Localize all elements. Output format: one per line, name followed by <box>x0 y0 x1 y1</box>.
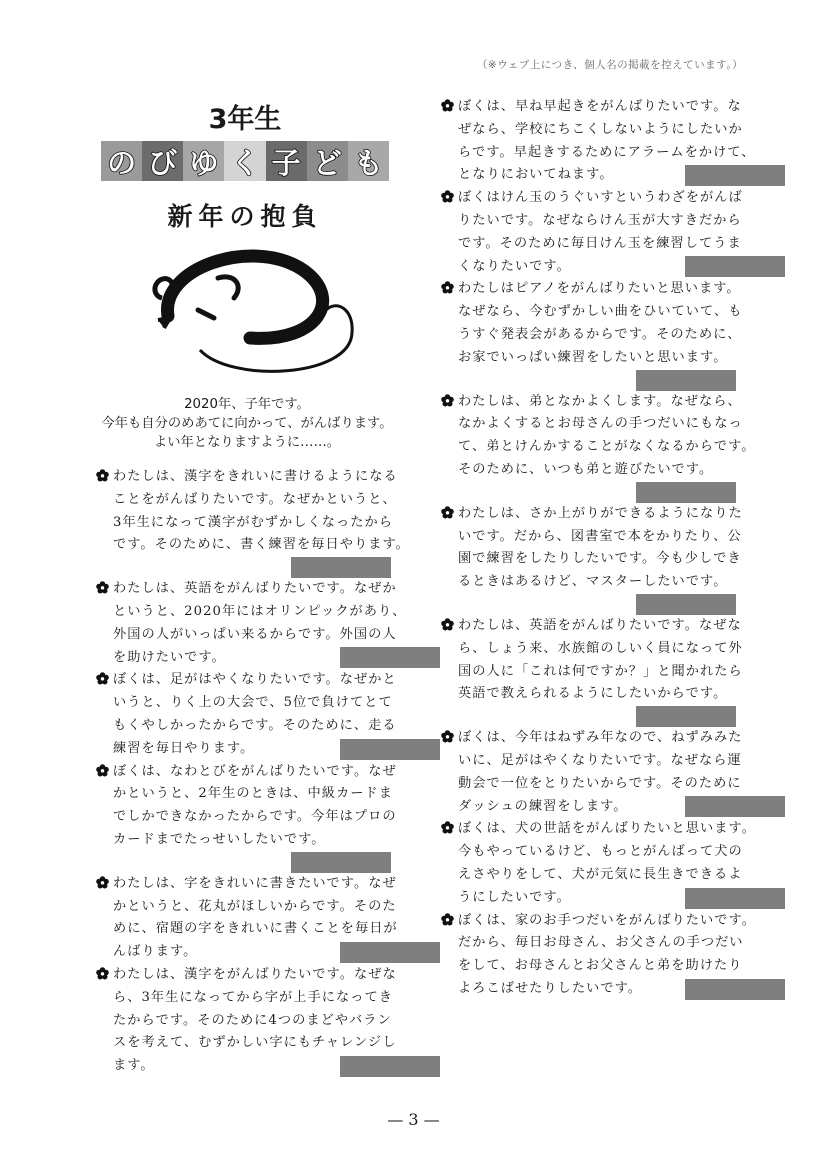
name-redaction <box>340 1056 440 1077</box>
flower-icon <box>441 506 454 519</box>
flower-icon <box>441 913 454 926</box>
subtitle: 新年の抱負 <box>100 197 390 233</box>
goal-entry: わたしは、英語をがんばりたいです。なぜか というと、2020年にはオリンピックが… <box>96 578 418 669</box>
name-redaction <box>636 482 736 503</box>
flower-icon <box>441 190 454 203</box>
flower-icon <box>96 764 109 777</box>
name-redaction <box>636 370 736 391</box>
flower-icon <box>441 394 454 407</box>
banner-char: 子 <box>266 141 307 181</box>
goal-entry: ぼくは、犬の世話をがんばりたいと思います。 今もやっているけど、もっとがんばって… <box>441 818 763 909</box>
goal-entry: ぼくは、家のお手つだいをがんばりたいです。 だから、毎日お母さん、お父さんの手つ… <box>441 910 763 1001</box>
flower-icon <box>441 281 454 294</box>
goal-entry: ぼくはけん玉のうぐいすというわざをがんば りたいです。なぜならけん玉が大すきだか… <box>441 187 763 278</box>
grade-heading: 3年生 <box>100 97 390 136</box>
goal-text: わたしは、漢字をきれいに書けるようになる ことをがんばりたいです。なぜかというと… <box>96 466 418 557</box>
goal-entry: わたしは、漢字をがんばりたいです。なぜな ら、3年生になってから字が上手になって… <box>96 964 418 1078</box>
name-redaction <box>685 256 785 277</box>
banner-char: ど <box>307 141 348 181</box>
goal-entry: わたしは、英語をがんばりたいです。なぜな ら、しょう来、水族館のしいく員になって… <box>441 615 763 727</box>
flower-icon <box>96 876 109 889</box>
greeting: 2020年、子年です。 今年も自分のめあてに向かって、がんばります。 よい年とな… <box>92 395 402 452</box>
flower-icon <box>96 469 109 482</box>
goal-entry: わたしは、字をきれいに書きたいです。なぜ かというと、花丸がほしいからです。その… <box>96 873 418 964</box>
name-redaction <box>340 647 440 668</box>
name-redaction <box>685 979 785 1000</box>
goal-entry: ぼくは、早ね早起きをがんばりたいです。な ぜなら、学校にちこくしないようにしたい… <box>441 96 763 187</box>
flower-icon <box>96 581 109 594</box>
goal-entry: ぼくは、なわとびをがんばりたいです。なぜ かというと、2年生のときは、中級カード… <box>96 761 418 873</box>
name-redaction <box>636 706 736 727</box>
flower-icon <box>441 618 454 631</box>
banner-char: の <box>101 141 142 181</box>
goal-entry: わたしは、漢字をきれいに書けるようになる ことをがんばりたいです。なぜかというと… <box>96 466 418 578</box>
left-column: わたしは、漢字をきれいに書けるようになる ことをがんばりたいです。なぜかというと… <box>96 466 418 1078</box>
name-redaction <box>685 165 785 186</box>
privacy-note: （※ウェブ上につき、個人名の掲載を控えています。） <box>430 57 790 72</box>
name-redaction <box>685 796 785 817</box>
flower-icon <box>441 730 454 743</box>
goal-text: わたしは、弟となかよくします。なぜなら、 なかよくするとお母さんの手つだいにもな… <box>441 391 763 482</box>
title-banner: の び ゆ く 子 ど も <box>101 141 389 181</box>
goal-entry: ぼくは、今年はねずみ年なので、ねずみみた いに、足がはやくなりたいです。なぜなら… <box>441 727 763 818</box>
name-redaction <box>685 888 785 909</box>
name-redaction <box>340 942 440 963</box>
goal-text: わたしはピアノをがんばりたいと思います。 なぜなら、今むずかしい曲をひいていて、… <box>441 278 763 369</box>
goal-entry: わたしは、さか上がりができるようになりた いです。だから、図書室で本をかりたり、… <box>441 503 763 615</box>
name-redaction <box>291 852 391 873</box>
greeting-line: 2020年、子年です。 <box>92 395 402 414</box>
goal-text: わたしは、英語をがんばりたいです。なぜな ら、しょう来、水族館のしいく員になって… <box>441 615 763 706</box>
name-redaction <box>291 557 391 578</box>
flower-icon <box>96 967 109 980</box>
banner-char: も <box>348 141 389 181</box>
banner-char: く <box>224 141 265 181</box>
goal-entry: ぼくは、足がはやくなりたいです。なぜかと いうと、りく上の大会で、5位で負けてと… <box>96 669 418 760</box>
greeting-line: 今年も自分のめあてに向かって、がんばります。 <box>92 414 402 433</box>
greeting-line: よい年となりますように……。 <box>92 433 402 452</box>
mouse-illustration-icon <box>140 238 360 383</box>
right-column: ぼくは、早ね早起きをがんばりたいです。な ぜなら、学校にちこくしないようにしたい… <box>441 96 763 1001</box>
flower-icon <box>441 821 454 834</box>
goal-entry: わたしは、弟となかよくします。なぜなら、 なかよくするとお母さんの手つだいにもな… <box>441 391 763 503</box>
name-redaction <box>636 594 736 615</box>
goal-entry: わたしはピアノをがんばりたいと思います。 なぜなら、今むずかしい曲をひいていて、… <box>441 278 763 390</box>
goal-text: わたしは、さか上がりができるようになりた いです。だから、図書室で本をかりたり、… <box>441 503 763 594</box>
flower-icon <box>441 99 454 112</box>
banner-char: び <box>142 141 183 181</box>
flower-icon <box>96 672 109 685</box>
banner-char: ゆ <box>183 141 224 181</box>
goal-text: ぼくは、なわとびをがんばりたいです。なぜ かというと、2年生のときは、中級カード… <box>96 761 418 852</box>
page-number: — 3 — <box>0 1110 827 1129</box>
name-redaction <box>340 739 440 760</box>
